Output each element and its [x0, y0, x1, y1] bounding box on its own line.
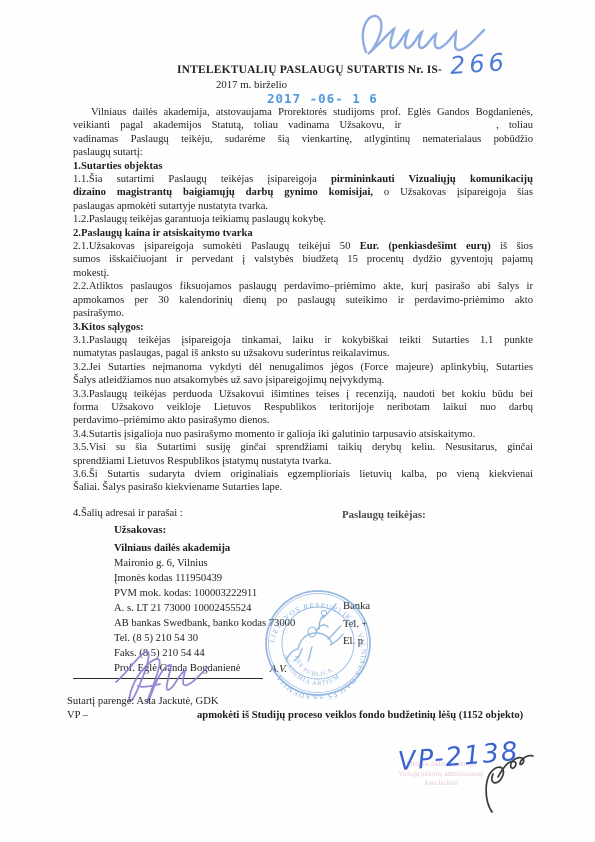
- contract-body: Vilniaus dailės akademija, atstovaujama …: [73, 106, 533, 520]
- prepared-by: Sutartį parengė: Asta Jackutė, GDK: [67, 696, 219, 707]
- paragraph-clause-4: 4.Šalių adresai ir parašai :: [73, 507, 533, 520]
- paragraph-clause-3-2: 3.2.Jei Sutarties neįmanoma vykdyti dėl …: [73, 361, 533, 388]
- paragraph-clause-3-3: 3.3.Paslaugų teikėjas perduoda Užsakovui…: [73, 388, 533, 428]
- paragraph-clause-3-5: 3.5.Visi su šia Sutartimi susiję ginčai …: [73, 441, 533, 468]
- customer-detail-line: Maironio g. 6, Vilnius: [114, 556, 374, 571]
- paragraph-clause-1-2: 1.2.Paslaugų teikėjas garantuoja teikiam…: [73, 213, 533, 226]
- paragraph-clause-1-1: 1.1.Šia sutartimi Paslaugų teikėjas įsip…: [73, 173, 533, 213]
- paragraph-heading-2: 2.Paslaugų kaina ir atsiskaitymo tvarka: [73, 227, 533, 240]
- provider-label: Paslaugų teikėjas:: [342, 509, 426, 521]
- official-seal: LIETUVOS RESPUBLIKA · VILNIAUS DAILĖS AK…: [262, 587, 374, 699]
- date-line: 2017 m. birželio: [0, 79, 549, 91]
- paragraph-clause-3-4: 3.4.Sutartis įsigalioja nuo pasirašymo m…: [73, 428, 533, 441]
- paragraph-heading-1: 1.Sutarties objektas: [73, 160, 533, 173]
- customer-detail-line: Vilniaus dailės akademija: [114, 541, 374, 556]
- vp-label: VP –: [67, 710, 88, 721]
- approval-signature: [478, 750, 540, 816]
- customer-detail-line: Įmonės kodas 111950439: [114, 571, 374, 586]
- customer-label: Užsakovas:: [114, 524, 166, 536]
- paragraph-heading-3: 3.Kitos sąlygos:: [73, 321, 533, 334]
- paragraph-clause-3-1: 3.1.Paslaugų teikėjas įsipareigoja tinka…: [73, 334, 533, 361]
- funding-note: apmokėti iš Studijų proceso veiklos fond…: [197, 710, 523, 721]
- paragraph-clause-3-6: 3.6.Ši Sutartis sudaryta dviem originali…: [73, 468, 533, 495]
- paragraph-clause-2-2: 2.2.Atliktos paslaugos fiksuojamos pasla…: [73, 280, 533, 320]
- contract-number-handwritten: 266: [449, 48, 509, 80]
- redacted-gap: [401, 127, 496, 128]
- contract-page: INTELEKTUALIŲ PASLAUGŲ SUTARTIS Nr. IS- …: [0, 0, 595, 842]
- paragraph-clause-2-1: 2.1.Užsakovas įsipareigoja sumokėti Pasl…: [73, 240, 533, 280]
- date-received-stamp: 2017 -06- 1 6: [267, 91, 378, 106]
- paragraph-intro: Vilniaus dailės akademija, atstovaujama …: [73, 106, 533, 160]
